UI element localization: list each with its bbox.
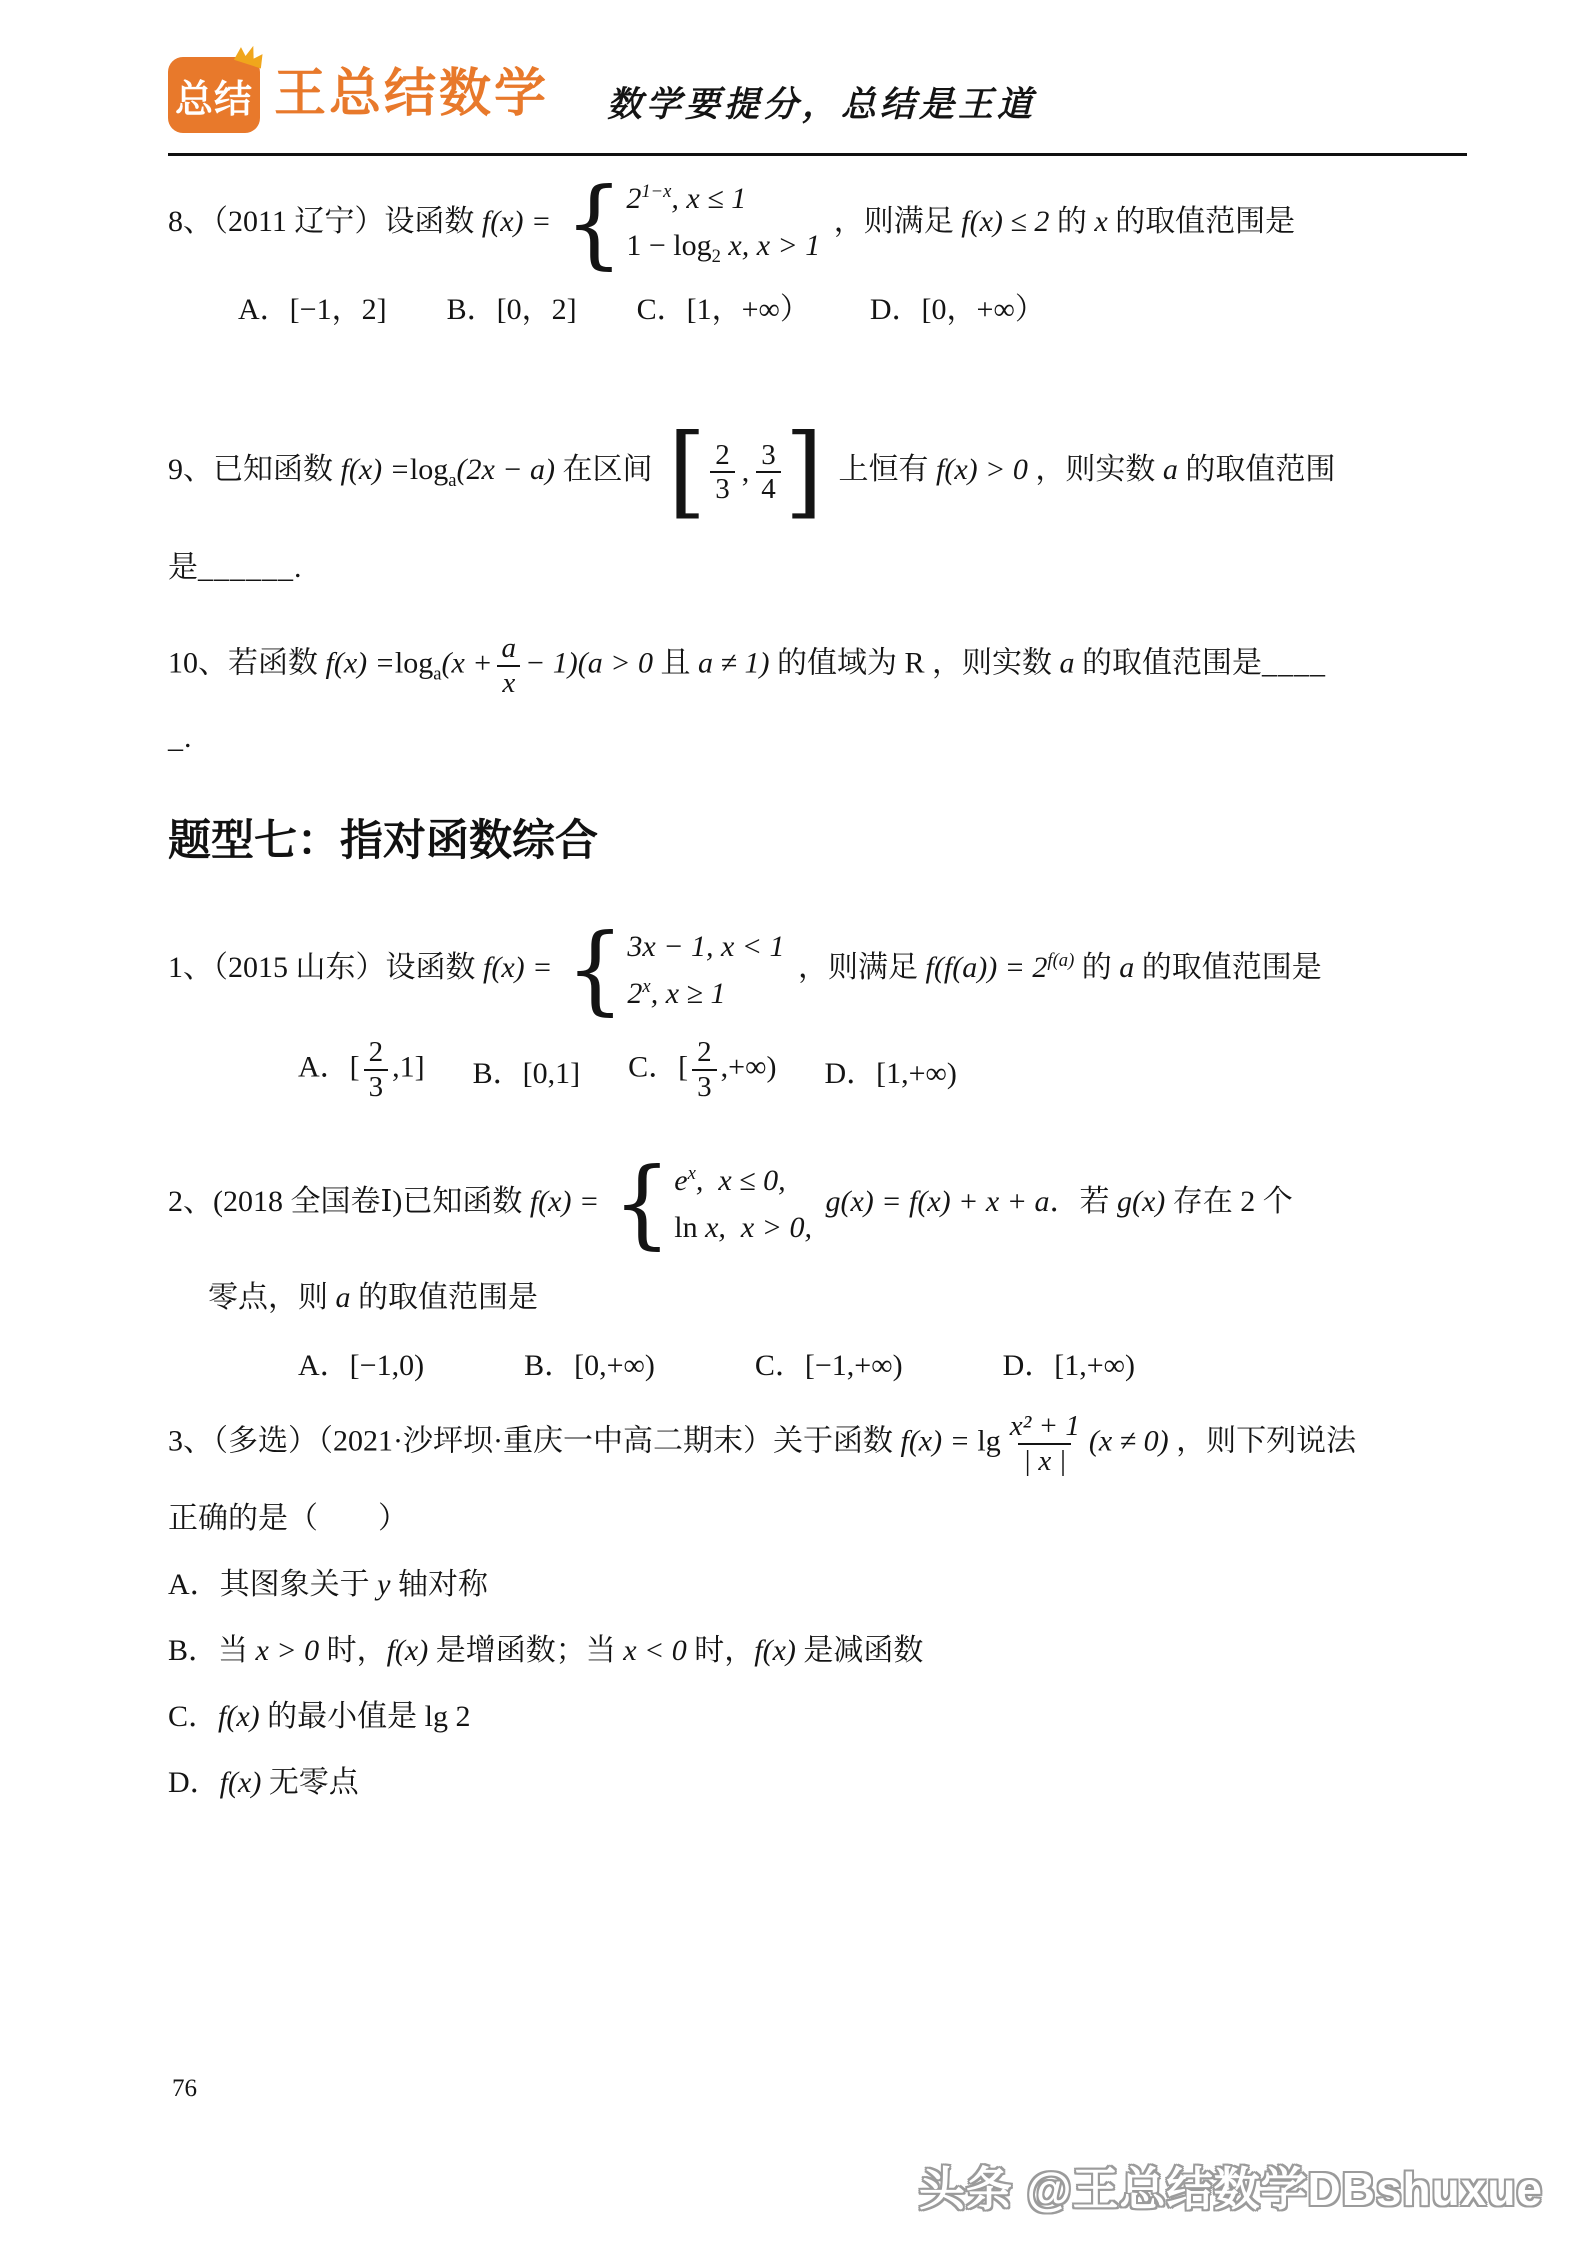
problem-9-line-2: 是______.: [168, 542, 1467, 586]
left-brace-icon: {: [613, 1156, 672, 1253]
p9-function-def: f(x) =: [341, 453, 410, 486]
p10-function-def: f(x) =: [326, 647, 395, 680]
q2-line-2: 零点，则 a 的取值范围是: [208, 1272, 1467, 1316]
p9-lead: 9、已知函数: [168, 453, 333, 486]
q2-case2-condition: x, x > 0,: [698, 1211, 812, 1244]
q3-option-b-text-3: 是增函数；当: [436, 1634, 616, 1667]
q1-option-c-pre: C．[: [628, 1050, 688, 1083]
q2-tail: 存在 2 个: [1173, 1185, 1293, 1218]
q3-lead: 3、（多选）（2021·沙坪坝·重庆一中高二期末）关于函数: [168, 1424, 893, 1457]
q2-g-def: g(x) = f(x) + x + a: [825, 1185, 1049, 1218]
page-header: 总结 王总结数学 数学要提分，总结是王道: [168, 0, 1467, 133]
q1-option-d: D．[1,+∞): [824, 1048, 956, 1092]
p8-case2-condition: x, x > 1: [721, 229, 820, 262]
q3-option-b-math-3: x < 0: [623, 1634, 687, 1667]
q1-option-a-num: 2: [364, 1036, 389, 1068]
right-bracket-icon: ]: [785, 427, 823, 517]
p9-frac2-num: 3: [756, 439, 781, 471]
p9-frac1-den: 3: [710, 471, 735, 505]
q1-option-c-fraction: 23: [692, 1036, 717, 1103]
p9-interval-label: 在区间: [563, 453, 653, 486]
q3-option-d-label: D．: [168, 1766, 220, 1799]
q3-option-c-value: lg 2: [425, 1700, 471, 1733]
q3-fraction: x² + 1| x |: [1005, 1410, 1085, 1477]
q3-option-b-math-2: f(x): [387, 1634, 429, 1667]
brand-tagline: 数学要提分，总结是王道: [607, 77, 1036, 133]
q1-option-b: B．[0,1]: [473, 1048, 581, 1092]
q1-option-a: A．[23,1]: [298, 1036, 425, 1103]
q1-option-c-den: 3: [692, 1069, 717, 1103]
brand-logo: 总结 王总结数学: [168, 57, 549, 133]
q2-line2-var-a: a: [336, 1281, 351, 1314]
q2-option-c: C．[−1,+∞): [755, 1340, 903, 1384]
watermark: 头条 @王总结数学DBshuxue: [919, 2153, 1543, 2219]
problem-8: 8、（2011 辽宁）设函数 f(x) = {21−x, x ≤ 11 − lo…: [168, 178, 1467, 270]
q3-option-a-label: A．: [168, 1568, 220, 1601]
p9-fraction-1: 23: [710, 439, 735, 506]
section7-problem-3: 3、（多选）（2021·沙坪坝·重庆一中高二期末）关于函数 f(x) = lgx…: [168, 1410, 1467, 1477]
q3-option-a: A．其图象关于 y 轴对称: [168, 1559, 1467, 1603]
q1-tail-3: 的取值范围是: [1142, 951, 1322, 984]
q2-mid: ．若: [1049, 1185, 1109, 1218]
q2-option-a: A．[−1,0): [298, 1340, 424, 1384]
p10-fraction: ax: [497, 632, 522, 699]
q3-option-d: D．f(x) 无零点: [168, 1757, 1467, 1801]
q3-option-c: C．f(x) 的最小值是 lg 2: [168, 1691, 1467, 1735]
p8-piecewise: {21−x, x ≤ 11 − log2 x, x > 1: [565, 178, 820, 270]
p9-log: log: [410, 453, 448, 486]
q3-option-b: B．当 x > 0 时，f(x) 是增函数；当 x < 0 时，f(x) 是减函…: [168, 1625, 1467, 1669]
p9-answer-blank: ______: [198, 551, 294, 584]
q2-lead: 2、(2018 全国卷Ⅰ)已知函数: [168, 1185, 522, 1218]
q1-case2-base: 2: [627, 977, 642, 1010]
q3-domain: (x ≠ 0): [1089, 1424, 1169, 1457]
q1-case-1: 3x − 1, x < 1: [627, 928, 784, 966]
p8-case1-base: 2: [626, 182, 641, 215]
p8-option-a: A．[−1，2]: [238, 284, 387, 328]
p10-range-label: 的值域为: [777, 647, 897, 680]
q1-exponent: f(a): [1047, 950, 1074, 971]
q1-tail-1: ，则满足: [798, 951, 918, 984]
p9-interval: [23,34]: [668, 428, 823, 516]
problem-9: 9、已知函数 f(x) =loga(2x − a) 在区间 [23,34] 上恒…: [168, 428, 1467, 516]
p8-option-d: D．[0，+∞）: [870, 284, 1045, 328]
q1-option-c-num: 2: [692, 1036, 717, 1068]
q2-cases: ex, x ≤ 0,ln x, x > 0,: [674, 1162, 812, 1246]
p9-line2-period: .: [294, 551, 302, 584]
p8-case-1: 21−x, x ≤ 1: [626, 180, 820, 218]
q3-option-a-text-1: 其图象关于: [220, 1568, 370, 1601]
p10-frac-den: x: [497, 665, 520, 699]
q1-option-a-fraction: 23: [364, 1036, 389, 1103]
q1-option-a-pre: A．[: [298, 1050, 360, 1083]
problem-10: 10、若函数 f(x) =loga(x +ax− 1)(a > 0 且 a ≠ …: [168, 632, 1467, 699]
p9-line2-text: 是: [168, 551, 198, 584]
q3-frac-num: x² + 1: [1005, 1410, 1085, 1442]
p10-arg-open: (x +: [441, 647, 492, 680]
p10-tail-2: 的取值范围是: [1082, 647, 1262, 680]
q3-option-b-math-4: f(x): [754, 1634, 796, 1667]
q3-option-b-text-5: 是减函数: [803, 1634, 923, 1667]
q3-lg: lg: [977, 1424, 1000, 1457]
header-divider: [168, 153, 1467, 156]
problem-10-line-2: _.: [168, 721, 1467, 755]
p10-var-a: a: [1060, 647, 1075, 680]
q1-lead: 1、（2015 山东）设函数: [168, 951, 476, 984]
p9-tail-2: 的取值范围: [1185, 453, 1335, 486]
p8-cases: 21−x, x ≤ 11 − log2 x, x > 1: [626, 180, 820, 268]
left-brace-icon: {: [565, 176, 624, 273]
p9-var-a: a: [1163, 453, 1178, 486]
p9-interval-comma: ,: [742, 455, 750, 489]
p10-answer-blank: ____: [1262, 647, 1326, 680]
p8-option-c: C．[1，+∞）: [637, 284, 810, 328]
p9-argument: (2x − a): [456, 453, 555, 486]
p8-tail-math-1: f(x) ≤ 2: [961, 205, 1049, 238]
q2-case1-exponent: x: [688, 1163, 696, 1184]
q3-line2-text: 正确的是（ ）: [168, 1502, 408, 1535]
q3-option-a-text-2: 轴对称: [398, 1568, 488, 1601]
q3-function-def: f(x) =: [900, 1424, 969, 1457]
q1-var-a: a: [1119, 951, 1134, 984]
q1-option-c: C．[23,+∞): [628, 1036, 776, 1103]
q2-piecewise: {ex, x ≤ 0,ln x, x > 0,: [613, 1158, 812, 1250]
p10-reals: R: [904, 647, 924, 680]
p8-tail-2: 的: [1057, 205, 1087, 238]
q1-tail-2: 的: [1082, 951, 1112, 984]
q3-option-a-var: y: [377, 1568, 390, 1601]
logo-badge-text: 总结: [175, 68, 253, 123]
p8-option-b: B．[0，2]: [447, 284, 577, 328]
q1-option-a-den: 3: [364, 1069, 389, 1103]
page-content: 总结 王总结数学 数学要提分，总结是王道 8、（2011 辽宁）设函数 f(x)…: [0, 0, 1587, 1801]
p10-frac-num: a: [497, 632, 522, 664]
q2-line2-text-2: 的取值范围是: [358, 1281, 538, 1314]
q3-option-b-text-4: 时，: [694, 1634, 754, 1667]
q2-case-1: ex, x ≤ 0,: [674, 1162, 812, 1200]
p10-blank-continuation: _.: [168, 721, 193, 754]
q3-line-2: 正确的是（ ）: [168, 1493, 1467, 1537]
problem-8-options: A．[−1，2] B．[0，2] C．[1，+∞） D．[0，+∞）: [238, 284, 1467, 328]
section7-problem-1: 1、（2015 山东）设函数 f(x) = {3x − 1, x < 12x, …: [168, 924, 1467, 1016]
q3-option-c-text: 的最小值是: [267, 1700, 417, 1733]
p8-tail-math-2: x: [1094, 205, 1107, 238]
p8-case2-logbase: 2: [712, 246, 721, 267]
q3-option-b-text-1: 当: [218, 1634, 248, 1667]
p9-tail-1: ，则实数: [1035, 453, 1155, 486]
left-brace-icon: {: [566, 922, 625, 1019]
q3-frac-den: | x |: [1018, 1443, 1071, 1477]
left-bracket-icon: [: [668, 427, 706, 517]
q1-option-a-post: ,1]: [392, 1050, 425, 1083]
p10-and: 且: [661, 647, 691, 680]
q3-option-b-label: B．: [168, 1634, 218, 1667]
q1-piecewise: {3x − 1, x < 12x, x ≥ 1: [566, 924, 785, 1016]
section-7-title: 题型七：指对函数综合: [168, 807, 1467, 868]
q2-option-b: B．[0,+∞): [524, 1340, 655, 1384]
q1-option-c-post: ,+∞): [721, 1050, 777, 1083]
q2-option-d: D．[1,+∞): [1003, 1340, 1135, 1384]
p9-frac2-den: 4: [756, 471, 781, 505]
q3-option-d-text: 无零点: [269, 1766, 359, 1799]
q1-cases: 3x − 1, x < 12x, x ≥ 1: [627, 928, 784, 1012]
q2-case1-condition: , x ≤ 0,: [696, 1164, 786, 1197]
p9-inequality: f(x) > 0: [936, 453, 1028, 486]
q2-line2-text-1: 零点，则: [208, 1281, 328, 1314]
section7-problem-2: 2、(2018 全国卷Ⅰ)已知函数 f(x) = {ex, x ≤ 0,ln x…: [168, 1158, 1467, 1250]
p10-lead: 10、若函数: [168, 647, 318, 680]
q1-case2-exponent: x: [642, 976, 650, 997]
q1-case-2: 2x, x ≥ 1: [627, 975, 784, 1013]
p8-tail-1: ，则满足: [834, 205, 954, 238]
q3-option-b-text-2: 时，: [327, 1634, 387, 1667]
p8-case2-pre: 1 − log: [626, 229, 711, 262]
p10-tail-1: ，则实数: [932, 647, 1052, 680]
q1-case2-condition: , x ≥ 1: [651, 977, 726, 1010]
q2-case-2: ln x, x > 0,: [674, 1209, 812, 1247]
p8-case-2: 1 − log2 x, x > 1: [626, 227, 820, 268]
brand-name: 王总结数学: [274, 66, 549, 123]
worksheet-page: 总结 王总结数学 数学要提分，总结是王道 8、（2011 辽宁）设函数 f(x)…: [0, 0, 1587, 2245]
q1-equation: f(f(a)) = 2: [926, 951, 1048, 984]
q2-options: A．[−1,0) B．[0,+∞) C．[−1,+∞) D．[1,+∞): [298, 1340, 1467, 1384]
page-number: 76: [172, 2075, 197, 2103]
q2-function-def: f(x) =: [530, 1185, 599, 1218]
p8-case1-condition: , x ≤ 1: [671, 182, 746, 215]
q3-option-c-math: f(x): [218, 1700, 260, 1733]
q3-option-b-math-1: x > 0: [256, 1634, 320, 1667]
logo-badge: 总结: [168, 57, 260, 133]
q2-case1-base: e: [674, 1164, 687, 1197]
p10-a-ne-1: a ≠ 1): [698, 647, 769, 680]
q1-function-def: f(x) =: [483, 951, 552, 984]
q2-gx: g(x): [1117, 1185, 1165, 1218]
p9-mid: 上恒有: [839, 453, 929, 486]
p8-function-def: f(x) =: [482, 205, 551, 238]
p8-case1-exponent: 1−x: [641, 181, 671, 202]
p8-tail-3: 的取值范围是: [1115, 205, 1295, 238]
q1-options: A．[23,1] B．[0,1] C．[23,+∞) D．[1,+∞): [298, 1036, 1467, 1103]
q2-case2-ln: ln: [674, 1211, 697, 1244]
p10-log: log: [395, 647, 433, 680]
p9-fraction-2: 34: [756, 439, 781, 506]
q3-option-d-math: f(x): [220, 1766, 262, 1799]
p10-arg-close: − 1)(a > 0: [525, 647, 653, 680]
p9-frac1-num: 2: [710, 439, 735, 471]
q3-tail: ，则下列说法: [1176, 1424, 1356, 1457]
q3-option-c-label: C．: [168, 1700, 218, 1733]
p8-lead: 8、（2011 辽宁）设函数: [168, 205, 474, 238]
